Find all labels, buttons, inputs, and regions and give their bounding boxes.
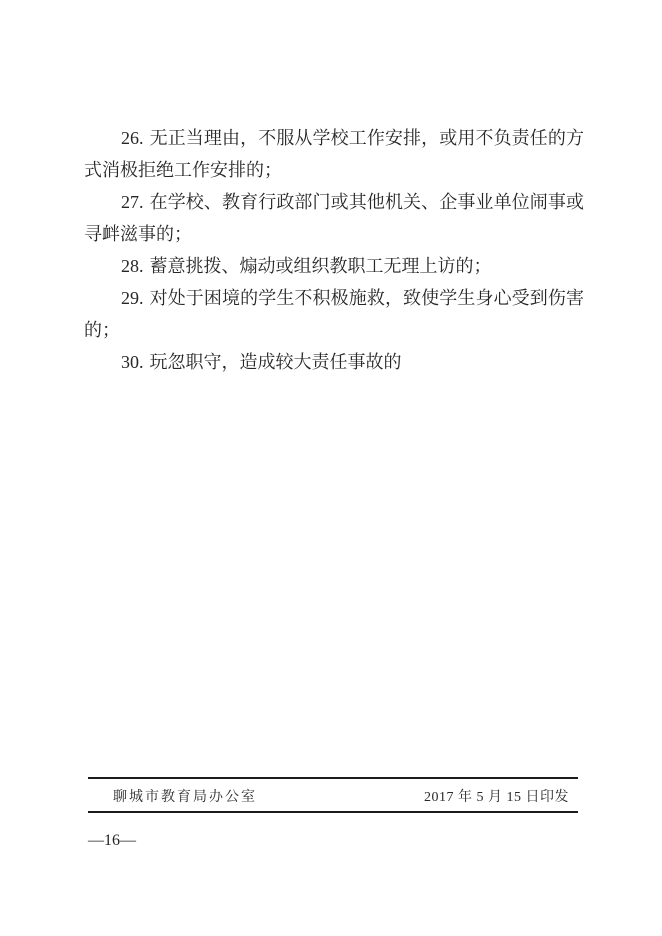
footer-bottom-rule: [88, 811, 578, 813]
item-number: 26.: [121, 128, 144, 148]
item-text: 玩忽职守，造成较大责任事故的: [150, 352, 402, 372]
issuing-office: 聊城市教育局办公室: [88, 786, 257, 806]
list-item-28: 28.蓄意挑拨、煽动或组织教职工无理上访的；: [84, 250, 584, 282]
list-item-30: 30.玩忽职守，造成较大责任事故的: [84, 346, 584, 378]
item-text: 对处于困境的学生不积极施救，致使学生身心受到伤害的；: [84, 288, 584, 340]
item-text: 蓄意挑拨、煽动或组织教职工无理上访的；: [150, 256, 492, 276]
list-item-29: 29.对处于困境的学生不积极施救，致使学生身心受到伤害的；: [84, 282, 584, 346]
item-number: 30.: [121, 352, 144, 372]
page-number: —16—: [88, 832, 136, 850]
document-body: 26.无正当理由，不服从学校工作安排，或用不负责任的方式消极拒绝工作安排的； 2…: [84, 122, 584, 378]
list-item-27: 27.在学校、教育行政部门或其他机关、企事业单位闹事或寻衅滋事的；: [84, 186, 584, 250]
item-number: 29.: [121, 288, 144, 308]
item-number: 28.: [121, 256, 144, 276]
item-text: 无正当理由，不服从学校工作安排，或用不负责任的方式消极拒绝工作安排的；: [84, 128, 584, 180]
list-item-26: 26.无正当理由，不服从学校工作安排，或用不负责任的方式消极拒绝工作安排的；: [84, 122, 584, 186]
colophon: 聊城市教育局办公室 2017 年 5 月 15 日印发: [88, 785, 578, 807]
footer-top-rule: [88, 777, 578, 779]
item-text: 在学校、教育行政部门或其他机关、企事业单位闹事或寻衅滋事的；: [84, 192, 584, 244]
print-date: 2017 年 5 月 15 日印发: [424, 786, 578, 806]
item-number: 27.: [121, 192, 144, 212]
document-page: 26.无正当理由，不服从学校工作安排，或用不负责任的方式消极拒绝工作安排的； 2…: [0, 0, 662, 936]
